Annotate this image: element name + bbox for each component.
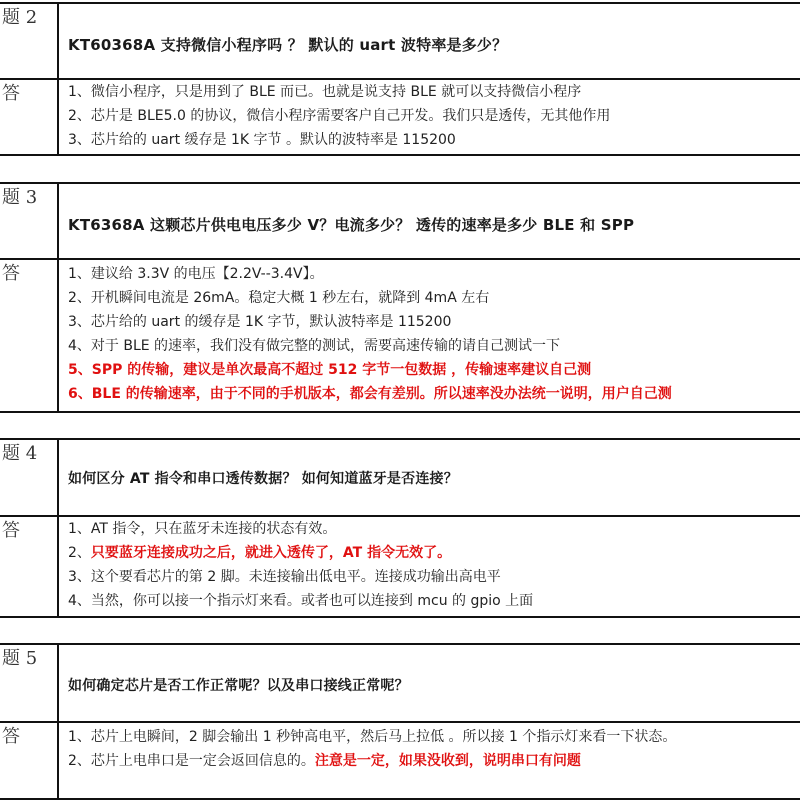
question-text: KT6368A 这颗芯片供电电压多少 V？电流多少？ 透传的速率是多少 BLE … — [68, 214, 634, 235]
answer-line-highlight: 6、BLE 的传输速率，由于不同的手机版本，都会有差别。所以速率没办法统一说明，… — [68, 382, 672, 406]
question-row: 题 3 KT6368A 这颗芯片供电电压多少 V？电流多少？ 透传的速率是多少 … — [0, 182, 800, 258]
answer-line: 2、只要蓝牙连接成功之后，就进入透传了，AT 指令无效了。 — [68, 541, 533, 565]
answer-label: 答 — [0, 80, 59, 154]
question-row: 题 4 如何区分 AT 指令和串口透传数据？ 如何知道蓝牙是否连接？ — [0, 438, 800, 515]
answer-line: 2、芯片是 BLE5.0 的协议，微信小程序需要客户自己开发。我们只是透传，无其… — [68, 104, 610, 128]
answer-row: 答 1、芯片上电瞬间，2 脚会输出 1 秒钟高电平，然后马上拉低 。所以接 1 … — [0, 721, 800, 800]
answer-line-highlight: 5、SPP 的传输，建议是单次最高不超过 512 字节一包数据 ，传输速率建议自… — [68, 358, 672, 382]
answer-line: 3、这个要看芯片的第 2 脚。未连接输出低电平。连接成功输出高电平 — [68, 565, 533, 589]
answer-line: 1、芯片上电瞬间，2 脚会输出 1 秒钟高电平，然后马上拉低 。所以接 1 个指… — [68, 725, 676, 749]
question-row: 题 5 如何确定芯片是否工作正常呢？以及串口接线正常呢？ — [0, 643, 800, 721]
answer-line: 1、微信小程序，只是用到了 BLE 而已。也就是说支持 BLE 就可以支持微信小… — [68, 80, 610, 104]
answer-label: 答 — [0, 260, 59, 411]
answer-line: 1、建议给 3.3V 的电压【2.2V--3.4V】。 — [68, 262, 672, 286]
answer-line: 4、当然，你可以接一个指示灯来看。或者也可以连接到 mcu 的 gpio 上面 — [68, 589, 533, 613]
answer-line: 2、芯片上电串口是一定会返回信息的。注意是一定，如果没收到，说明串口有问题 — [68, 749, 676, 773]
question-label: 题 4 — [0, 440, 59, 515]
answer-row: 答 1、建议给 3.3V 的电压【2.2V--3.4V】。 2、开机瞬间电流是 … — [0, 258, 800, 413]
answer-line: 2、开机瞬间电流是 26mA。稳定大概 1 秒左右，就降到 4mA 左右 — [68, 286, 672, 310]
question-label: 题 5 — [0, 645, 59, 721]
answer-line: 3、芯片给的 uart 的缓存是 1K 字节，默认波特率是 115200 — [68, 310, 672, 334]
answer-line: 3、芯片给的 uart 缓存是 1K 字节 。默认的波特率是 115200 — [68, 128, 610, 152]
question-text: 如何区分 AT 指令和串口透传数据？ 如何知道蓝牙是否连接？ — [68, 468, 458, 488]
answer-label: 答 — [0, 517, 59, 616]
question-text: KT60368A 支持微信小程序吗 ？ 默认的 uart 波特率是多少？ — [68, 34, 507, 55]
question-text: 如何确定芯片是否工作正常呢？以及串口接线正常呢？ — [68, 675, 409, 695]
answer-prefix: 2、芯片上电串口是一定会返回信息的。 — [68, 753, 315, 769]
answer-line: 4、对于 BLE 的速率，我们没有做完整的测试，需要高速传输的请自己测试一下 — [68, 334, 672, 358]
answer-highlight: 注意是一定，如果没收到，说明串口有问题 — [315, 753, 581, 769]
answer-row: 答 1、微信小程序，只是用到了 BLE 而已。也就是说支持 BLE 就可以支持微… — [0, 78, 800, 156]
answer-line: 1、AT 指令，只在蓝牙未连接的状态有效。 — [68, 517, 533, 541]
answer-label: 答 — [0, 723, 59, 798]
question-row: 题 2 KT60368A 支持微信小程序吗 ？ 默认的 uart 波特率是多少？ — [0, 2, 800, 78]
answer-highlight: 只要蓝牙连接成功之后，就进入透传了，AT 指令无效了。 — [91, 545, 451, 561]
answer-prefix: 2、 — [68, 545, 91, 561]
question-label: 题 2 — [0, 4, 59, 78]
question-label: 题 3 — [0, 184, 59, 258]
answer-row: 答 1、AT 指令，只在蓝牙未连接的状态有效。 2、只要蓝牙连接成功之后，就进入… — [0, 515, 800, 618]
